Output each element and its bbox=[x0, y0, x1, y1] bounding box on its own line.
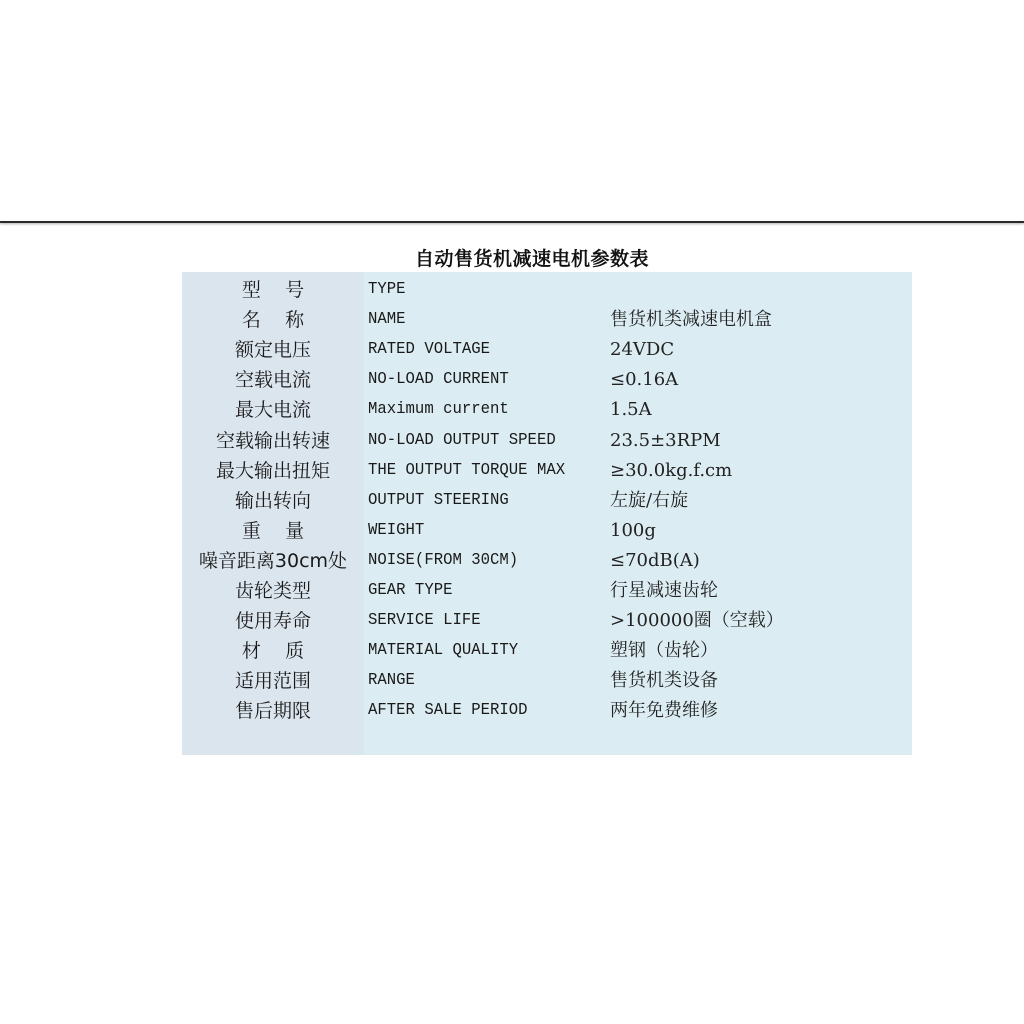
row-label-en: THE OUTPUT TORQUE MAX bbox=[368, 456, 565, 486]
row-label-cn: 空载电流 bbox=[182, 365, 364, 395]
table-row: 额定电压 RATED VOLTAGE 24VDC bbox=[182, 335, 912, 365]
row-label-cn: 适用范围 bbox=[182, 666, 364, 696]
row-value: 左旋/右旋 bbox=[610, 486, 688, 516]
row-value: ≤0.16A bbox=[610, 365, 678, 395]
row-value: 售货机类减速电机盒 bbox=[610, 305, 772, 335]
table-row: 名 称 NAME 售货机类减速电机盒 bbox=[182, 305, 912, 335]
table-row: 空载输出转速 NO-LOAD OUTPUT SPEED 23.5±3RPM bbox=[182, 426, 912, 456]
table-row: 使用寿命 SERVICE LIFE >100000圈（空载） bbox=[182, 606, 912, 636]
table-row: 最大输出扭矩 THE OUTPUT TORQUE MAX ≥30.0kg.f.c… bbox=[182, 456, 912, 486]
row-value: 售货机类设备 bbox=[610, 666, 718, 696]
row-value: 24VDC bbox=[610, 335, 674, 365]
table-row: 适用范围 RANGE 售货机类设备 bbox=[182, 666, 912, 696]
row-label-cn: 型 号 bbox=[182, 275, 364, 305]
row-value: 100g bbox=[610, 516, 656, 546]
table-row: 重 量 WEIGHT 100g bbox=[182, 516, 912, 546]
table-row: 最大电流 Maximum current 1.5A bbox=[182, 395, 912, 425]
row-value: 塑钢（齿轮） bbox=[610, 636, 718, 666]
row-label-en: RANGE bbox=[368, 666, 415, 696]
table-row: 输出转向 OUTPUT STEERING 左旋/右旋 bbox=[182, 486, 912, 516]
row-label-en: AFTER SALE PERIOD bbox=[368, 696, 528, 726]
row-label-cn: 额定电压 bbox=[182, 335, 364, 365]
row-label-en: OUTPUT STEERING bbox=[368, 486, 509, 516]
table-row: 空载电流 NO-LOAD CURRENT ≤0.16A bbox=[182, 365, 912, 395]
row-value: 1.5A bbox=[610, 395, 652, 425]
table-row: 型 号 TYPE bbox=[182, 275, 912, 305]
row-label-en: TYPE bbox=[368, 275, 406, 305]
row-label-en: Maximum current bbox=[368, 395, 509, 425]
row-label-en: GEAR TYPE bbox=[368, 576, 452, 606]
row-label-en: NO-LOAD OUTPUT SPEED bbox=[368, 426, 556, 456]
table-title: 自动售货机减速电机参数表 bbox=[0, 244, 1024, 271]
row-label-en: NAME bbox=[368, 305, 406, 335]
spec-table: 型 号 TYPE 名 称 NAME 售货机类减速电机盒 额定电压 RATED V… bbox=[182, 272, 912, 755]
row-label-en: MATERIAL QUALITY bbox=[368, 636, 518, 666]
table-row: 材 质 MATERIAL QUALITY 塑钢（齿轮） bbox=[182, 636, 912, 666]
row-value: 行星减速齿轮 bbox=[610, 576, 718, 606]
row-label-cn: 重 量 bbox=[182, 516, 364, 546]
row-label-cn: 名 称 bbox=[182, 305, 364, 335]
row-label-cn: 使用寿命 bbox=[182, 606, 364, 636]
table-row: 齿轮类型 GEAR TYPE 行星减速齿轮 bbox=[182, 576, 912, 606]
row-label-en: WEIGHT bbox=[368, 516, 424, 546]
row-value: 23.5±3RPM bbox=[610, 426, 721, 456]
row-label-cn: 输出转向 bbox=[182, 486, 364, 516]
row-value: >100000圈（空载） bbox=[610, 606, 784, 636]
row-label-cn: 齿轮类型 bbox=[182, 576, 364, 606]
row-value: ≥30.0kg.f.cm bbox=[610, 456, 732, 486]
row-label-en: SERVICE LIFE bbox=[368, 606, 481, 636]
row-label-cn: 空载输出转速 bbox=[182, 426, 364, 456]
row-value: 两年免费维修 bbox=[610, 696, 718, 726]
horizontal-divider bbox=[0, 221, 1024, 223]
row-value: ≤70dB(A) bbox=[610, 546, 700, 576]
row-label-en: NO-LOAD CURRENT bbox=[368, 365, 509, 395]
table-row: 噪音距离30cm处 NOISE(FROM 30CM) ≤70dB(A) bbox=[182, 546, 912, 576]
row-label-cn: 最大电流 bbox=[182, 395, 364, 425]
row-label-en: RATED VOLTAGE bbox=[368, 335, 490, 365]
row-label-cn: 最大输出扭矩 bbox=[182, 456, 364, 486]
row-label-cn: 材 质 bbox=[182, 636, 364, 666]
row-label-en: NOISE(FROM 30CM) bbox=[368, 546, 518, 576]
row-label-cn: 售后期限 bbox=[182, 696, 364, 726]
row-label-cn: 噪音距离30cm处 bbox=[182, 546, 364, 576]
table-row: 售后期限 AFTER SALE PERIOD 两年免费维修 bbox=[182, 696, 912, 726]
